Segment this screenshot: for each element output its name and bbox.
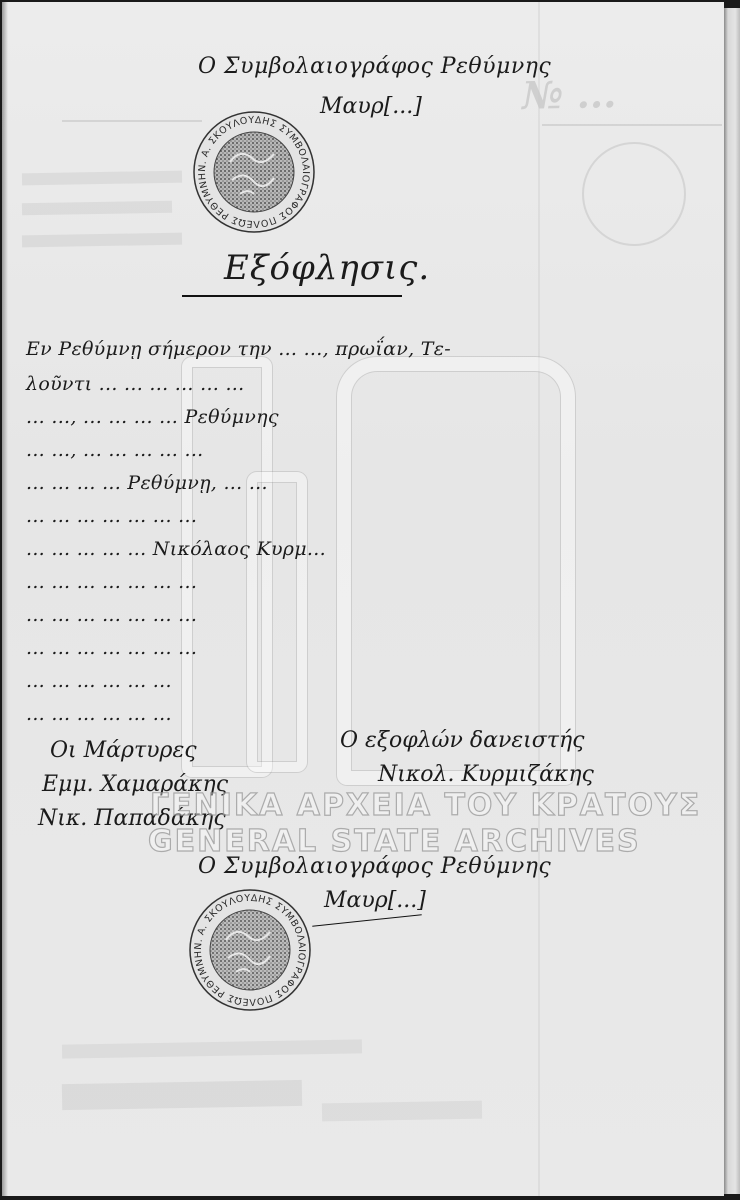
- notary-seal: Ν. Α. ΣΚΟΥΛΟΥΔΗΣ ΣΥΜΒΟΛΑΙΟΓΡΑΦΟΣ ΠΟΛΕΩΣ …: [188, 888, 312, 1012]
- body-line: ... ..., ... ... ... ... Ρεθύμνης: [26, 406, 279, 428]
- body-line: ... ... ... ... ... ... ...: [26, 637, 197, 659]
- bleed-through-seal: [582, 142, 686, 246]
- creditor-label: Ο εξοφλών δανειστής: [340, 728, 584, 753]
- watermark-logo-arch: [337, 357, 575, 785]
- bleed-through-line: [22, 201, 172, 216]
- title-underline: [182, 295, 402, 297]
- footer-notary-title: Ο Συμβολαιογράφος Ρεθύμνης: [198, 854, 551, 879]
- archive-watermark-greek: ΓΕΝΙΚΑ ΑΡΧΕΙΑ ΤΟΥ ΚΡΑΤΟΥΣ: [150, 788, 701, 823]
- body-line: ... ... ... ... ... ... ...: [26, 505, 197, 527]
- page-edge: [724, 8, 740, 1194]
- creditor-signature: Νικολ. Κυρμιζάκης: [378, 762, 594, 787]
- header-notary-signature: Μαυρ[...]: [320, 94, 422, 119]
- body-line: ... ... ... ... ... Νικόλαος Κυρμ...: [26, 538, 326, 560]
- body-line: ... ... ... ... ... ...: [26, 703, 172, 725]
- notary-seal: Ν. Α. ΣΚΟΥΛΟΥΔΗΣ ΣΥΜΒΟΛΑΙΟΓΡΑΦΟΣ ΠΟΛΕΩΣ …: [192, 110, 316, 234]
- bleed-through-rule: [542, 124, 722, 126]
- body-line: Εν Ρεθύμνῃ σήμερον την ... ..., πρωΐαν, …: [26, 338, 451, 360]
- watermark-logo-bar: [247, 472, 307, 772]
- bleed-through-line: [62, 1039, 362, 1058]
- body-line: ... ..., ... ... ... ... ...: [26, 439, 204, 461]
- bleed-through-line: [22, 233, 182, 248]
- document-title: Εξόφλησις.: [224, 248, 430, 288]
- body-line: ... ... ... ... Ρεθύμνῃ, ... ...: [26, 472, 268, 494]
- bleed-through-line: [322, 1101, 482, 1122]
- bleed-through-rule: [62, 120, 202, 122]
- bleed-through-line: [62, 1080, 302, 1110]
- signature-flourish: [312, 914, 422, 926]
- body-line: ... ... ... ... ... ...: [26, 670, 172, 692]
- footer-notary-signature: Μαυρ[...]: [324, 888, 426, 913]
- witnesses-label: Οι Μάρτυρες: [50, 738, 197, 763]
- body-line: λοῦντι ... ... ... ... ... ...: [26, 373, 245, 395]
- header-notary-title: Ο Συμβολαιογράφος Ρεθύμνης: [198, 54, 551, 79]
- body-line: ... ... ... ... ... ... ...: [26, 604, 197, 626]
- bleed-through-line: [22, 171, 182, 186]
- body-line: ... ... ... ... ... ... ...: [26, 571, 197, 593]
- page-edge-shadow: [2, 2, 8, 1196]
- document-page: № ... Ο Συμβολαιογράφος Ρεθύμνης Μαυρ[..…: [2, 2, 724, 1196]
